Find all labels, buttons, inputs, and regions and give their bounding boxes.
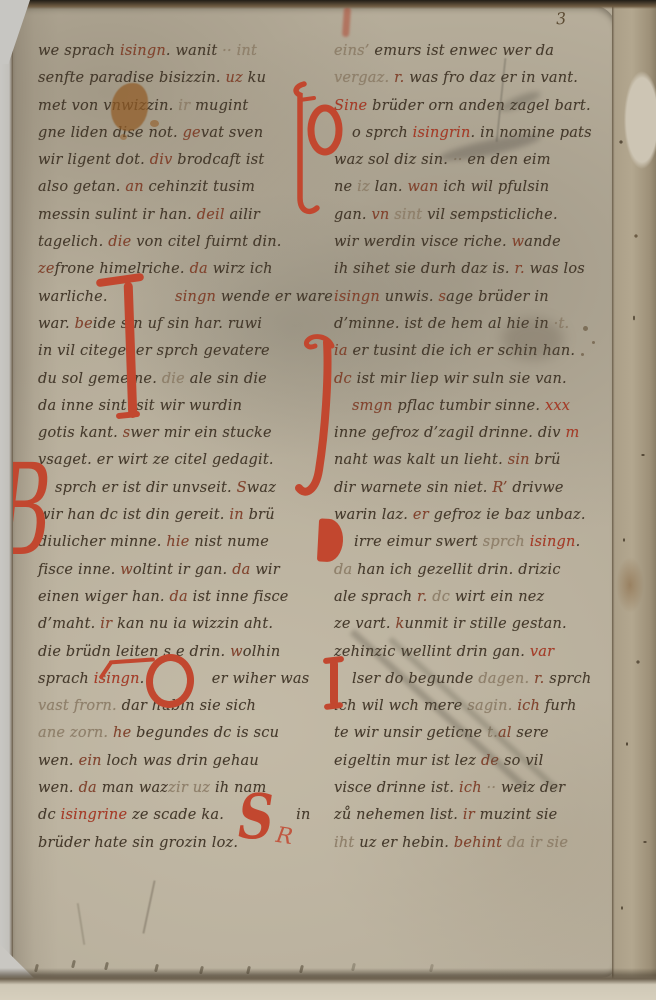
text-segment: r. [417, 589, 427, 605]
text-line: d’minne. ist de hem al hie in ·t. [334, 311, 614, 338]
text-segment: wan [407, 179, 438, 195]
text-line: inne gefroz d’zagil drinne. div m [334, 420, 614, 447]
text-segment: ist mir liep wir suln sie van. [352, 371, 567, 387]
text-segment: ir [100, 616, 112, 632]
text-segment: w [230, 644, 243, 660]
text-line: d’maht. ir kan nu ia wizzin aht. [38, 611, 326, 638]
text-line: lser do begunde dagen. r. sprch [334, 666, 614, 693]
text-segment: oltint ir gan. [133, 562, 232, 578]
text-segment: naht was kalt un lieht. [334, 452, 508, 468]
text-segment: sprch [483, 534, 530, 550]
text-segment: vsaget. er wirt ze citel gedagit. [38, 452, 274, 468]
text-segment: we sprach [38, 43, 120, 59]
text-segment: var [530, 644, 554, 660]
text-segment: wir ligent dot. [38, 152, 150, 168]
text-segment: vergaz. [334, 70, 394, 86]
text-segment: vat sven [201, 125, 263, 141]
text-segment: ane zorn. [38, 725, 113, 741]
text-segment: sagin. [467, 698, 517, 714]
text-segment: ih sihet sie durh daz is. [334, 261, 514, 277]
text-segment: waz sol diz sin. [334, 152, 453, 168]
text-segment: eins’ [334, 43, 374, 59]
text-segment: wirz ich [208, 261, 273, 277]
text-segment: da [169, 589, 187, 605]
text-segment: vil sempsticliche. [422, 207, 558, 223]
text-segment: ich wil wch mere [334, 698, 467, 714]
text-line: Sine brüder orn anden zagel bart. [334, 93, 614, 120]
text-segment: behint [454, 835, 502, 851]
text-segment: was fro daz er in vant. [404, 70, 578, 86]
text-segment: irre eimur swert [354, 534, 483, 550]
text-segment: . in nomine pats [471, 125, 592, 141]
text-segment: da [232, 562, 250, 578]
text-segment: du sol gemeine. [38, 371, 162, 387]
text-segment: muzint sie [475, 807, 558, 823]
text-line: wen. da man wazzir uz ih nam [38, 775, 326, 802]
fore-edge-pages [612, 0, 656, 1000]
text-segment: isingn [530, 534, 576, 550]
text-line: ze vart. kunmit ir stille gestan. [334, 611, 614, 638]
text-line: brüder hate sin grozin loz. [38, 830, 326, 857]
text-segment: frone himelriche. [55, 261, 190, 277]
text-segment: wir werdin visce riche. [334, 234, 512, 250]
text-segment: ·· int [222, 43, 257, 59]
text-segment: wirt ein nez [450, 589, 544, 605]
text-segment: gefroz ie baz unbaz. [429, 507, 586, 523]
text-line: iht uz er hebin. behint da ir sie [334, 830, 614, 857]
text-segment: er tusint die ich er schin han. [348, 343, 576, 359]
text-segment: vn [371, 207, 389, 223]
text-line: o sprch isingrin. in nomine pats [334, 120, 614, 147]
text-line: die brüdn leiten s e drin. wolhin [38, 639, 326, 666]
text-segment: de [481, 753, 499, 769]
text-segment: wende er ware [216, 289, 333, 305]
text-segment: gotis kant. [38, 425, 123, 441]
text-line: gotis kant. swer mir ein stucke [38, 420, 326, 447]
text-line: da han ich gezellit drin. drizic [334, 557, 614, 584]
text-segment: s [439, 289, 447, 305]
text-segment: tagelich. [38, 234, 108, 250]
text-segment: be [75, 316, 93, 332]
text-segment: d’maht. [38, 616, 100, 632]
text-segment: gan. [334, 207, 371, 223]
text-segment: deil [197, 207, 225, 223]
text-segment: die [162, 371, 185, 387]
text-segment: dar hubin sie sich [117, 698, 256, 714]
text-line: eins’ emurs ist enwec wer da [334, 38, 614, 65]
text-line: isingn unwis. sage brüder in [334, 284, 614, 311]
text-line: tagelich. die von citel fuirnt din. [38, 229, 326, 256]
text-segment: diulicher minne. [38, 534, 166, 550]
text-segment: isingrin [413, 125, 471, 141]
text-segment: div [150, 152, 173, 168]
text-segment: war. [38, 316, 75, 332]
text-segment: unmit ir stille gestan. [404, 616, 566, 632]
text-segment: . [576, 534, 581, 550]
text-segment: olhin [243, 644, 281, 660]
text-segment: r. [514, 261, 524, 277]
text-segment: da ir sie [507, 835, 568, 851]
text-segment: die brüdn leiten s e drin. [38, 644, 230, 660]
text-segment: wen. [38, 780, 79, 796]
text-segment: ·· [487, 780, 501, 796]
text-line: in vil citege. er sprch gevatere [38, 338, 326, 365]
text-line: du sol gemeine. die ale sin die [38, 366, 326, 393]
text-line: dir warnete sin niet. R’ drivwe [334, 475, 614, 502]
text-segment: ku [243, 70, 266, 86]
text-segment: senfte paradise bisizzin. [38, 70, 225, 86]
gutter-backing [0, 0, 13, 1000]
text-line: wir ligent dot. div brodcaft ist [38, 147, 326, 174]
text-line: diulicher minne. hie nist nume [38, 529, 326, 556]
text-segment: r. [394, 70, 404, 86]
text-line: naht was kalt un lieht. sin brü [334, 447, 614, 474]
text-segment: unwis. [380, 289, 439, 305]
manuscript-photo: 3 we sprach isingn. wanit ·· intsenfte p… [0, 0, 656, 1000]
text-segment: age brüder in [446, 289, 549, 305]
page-top-edge [0, 0, 656, 9]
text-line: met von vnwizzin. ir mugint [38, 93, 326, 120]
text-segment: ge [183, 125, 201, 141]
text-line: we sprach isingn. wanit ·· int [38, 38, 326, 65]
text-segment: ·· [453, 152, 467, 168]
text-segment: pflac tumbir sinne. [393, 398, 545, 414]
text-segment: dagen. [478, 671, 534, 687]
text-segment: messin sulint ir han. [38, 207, 197, 223]
text-segment: gne liden dise not. [38, 125, 183, 141]
text-line: ih sihet sie durh daz is. r. was los [334, 256, 614, 283]
text-segment: eigeltin mur ist lez [334, 753, 481, 769]
text-segment: fisce inne. [38, 562, 120, 578]
text-line: te wir unsir geticne t.al sere [334, 720, 614, 747]
text-segment: ailir [225, 207, 260, 223]
text-segment: emurs ist enwec wer da [374, 43, 554, 59]
text-line: sprach isingn. er wiher was [38, 666, 326, 693]
text-segment: isingn [334, 289, 380, 305]
text-line: vast frorn. dar hubin sie sich [38, 693, 326, 720]
text-segment: man waz [97, 780, 168, 796]
text-line: fisce inne. woltint ir gan. da wir [38, 557, 326, 584]
text-segment: w [512, 234, 525, 250]
text-segment: brü [244, 507, 275, 523]
text-line: ne iz lan. wan ich wil pfulsin [334, 174, 614, 201]
text-segment: ich [459, 780, 482, 796]
text-segment: ide sin uf sin har. ruwi [93, 316, 262, 332]
text-line: war. beide sin uf sin har. ruwi [38, 311, 326, 338]
text-segment: ze scade ka. in [127, 807, 310, 823]
text-segment: ich [517, 698, 540, 714]
text-segment: dc [334, 371, 352, 387]
text-segment: t. [487, 725, 498, 741]
text-line: wir werdin visce riche. wande [334, 229, 614, 256]
text-segment: sprch er ist dir unvseit. [55, 480, 237, 496]
text-segment: zehinzic wellint drin gan. [334, 644, 530, 660]
text-segment: sprch [544, 671, 591, 687]
text-segment: en den eim [467, 152, 550, 168]
text-segment: brü [530, 452, 561, 468]
text-segment: han ich gezellit drin. drizic [352, 562, 560, 578]
text-line: wir han dc ist din gereit. in brü [38, 502, 326, 529]
text-segment: da inne sint. sit wir wurdin [38, 398, 242, 414]
text-segment: R’ [492, 480, 507, 496]
text-line: irre eimur swert sprch isingn. [334, 529, 614, 556]
text-line: gan. vn sint vil sempsticliche. [334, 202, 614, 229]
text-segment: brüder orn anden zagel bart. [367, 98, 590, 114]
text-segment: Sine [334, 98, 367, 114]
text-segment: wir [251, 562, 280, 578]
text-segment: inne gefroz d’zagil drinne. div [334, 425, 565, 441]
text-segment: wer mir ein stucke [130, 425, 271, 441]
folio-number: 3 [555, 9, 566, 29]
text-line: also getan. an cehinzit tusim [38, 174, 326, 201]
text-segment: zů nehemen list. [334, 807, 463, 823]
text-segment: te wir unsir geticne [334, 725, 487, 741]
text-segment: sin [508, 452, 530, 468]
text-line: visce drinne ist. ich ·· weiz der [334, 775, 614, 802]
text-segment: ir [178, 98, 190, 114]
text-segment: einen wiger han. [38, 589, 169, 605]
text-segment: isingn [94, 671, 140, 687]
text-segment: ande [524, 234, 561, 250]
text-segment: visce drinne ist. [334, 780, 459, 796]
text-segment: S [237, 480, 247, 496]
text-segment: an [125, 179, 143, 195]
text-segment: cehinzit tusim [144, 179, 255, 195]
text-segment: lan. [370, 179, 408, 195]
text-segment: ir [463, 807, 475, 823]
text-segment: also getan. [38, 179, 125, 195]
text-line: dc ist mir liep wir suln sie van. [334, 366, 614, 393]
text-segment: w [120, 562, 133, 578]
text-segment: warin laz. [334, 507, 413, 523]
text-line: eigeltin mur ist lez de so vil [334, 748, 614, 775]
text-segment: furh [540, 698, 577, 714]
text-segment: sere [512, 725, 549, 741]
text-line: einen wiger han. da ist inne fisce [38, 584, 326, 611]
text-segment: iz [357, 179, 370, 195]
text-segment: met von vnwizzin. [38, 98, 178, 114]
text-segment: . wanit [166, 43, 222, 59]
text-segment: lser do begunde [352, 671, 478, 687]
text-line: ia er tusint die ich er schin han. [334, 338, 614, 365]
text-line: zů nehemen list. ir muzint sie [334, 802, 614, 829]
text-line: ale sprach r. dc wirt ein nez [334, 584, 614, 611]
text-line: zefrone himelriche. da wirz ich [38, 256, 326, 283]
text-segment: er [413, 507, 429, 523]
text-segment: in vil citege. er sprch gevatere [38, 343, 270, 359]
text-segment: was los [525, 261, 585, 277]
text-segment: d’minne. ist de hem al hie in [334, 316, 554, 332]
text-segment: weiz der [501, 780, 565, 796]
text-segment: smgn [352, 398, 393, 414]
text-segment: nist nume [190, 534, 269, 550]
text-segment: ne [334, 179, 357, 195]
text-column-right: eins’ emurs ist enwec wer davergaz. r. w… [334, 38, 614, 857]
text-segment: ·t. [554, 316, 570, 332]
text-segment: so vil [499, 753, 543, 769]
text-line: smgn pflac tumbir sinne. xxx [334, 393, 614, 420]
text-line: ane zorn. he begundes dc is scu [38, 720, 326, 747]
text-segment: m [565, 425, 579, 441]
text-segment: uz er hebin. [354, 835, 454, 851]
text-line: warliche. singn wende er ware [38, 284, 326, 311]
text-segment: xxx [545, 398, 570, 414]
text-line: ich wil wch mere sagin. ich furh [334, 693, 614, 720]
text-line: waz sol diz sin. ·· en den eim [334, 147, 614, 174]
text-segment: hie [166, 534, 189, 550]
text-segment: von citel fuirnt din. [131, 234, 281, 250]
text-segment: uz [225, 70, 242, 86]
text-segment: ih nam [210, 780, 266, 796]
text-segment: da [334, 562, 352, 578]
text-segment: ich wil pfulsin [438, 179, 549, 195]
text-segment: waz [247, 480, 276, 496]
text-segment: isingn [120, 43, 166, 59]
text-segment: singn [175, 289, 216, 305]
text-segment: . er wiher was [140, 671, 310, 687]
text-segment: ze vart. [334, 616, 395, 632]
text-segment: vast frorn. [38, 698, 117, 714]
text-line: da inne sint. sit wir wurdin [38, 393, 326, 420]
text-segment: ze [38, 261, 55, 277]
text-segment: al [498, 725, 512, 741]
text-segment: mugint [190, 98, 248, 114]
text-line: dc isingrine ze scade ka. in [38, 802, 326, 829]
text-segment: dc [432, 589, 450, 605]
text-segment: warliche. [38, 289, 175, 305]
text-segment: in [229, 507, 243, 523]
text-segment: drivwe [508, 480, 564, 496]
text-segment: isingrine [61, 807, 128, 823]
text-segment: brüder hate sin grozin loz. [38, 835, 238, 851]
text-column-left: we sprach isingn. wanit ·· intsenfte par… [38, 38, 326, 857]
text-segment: wir han dc ist din gereit. [38, 507, 229, 523]
text-segment: ale sin die [185, 371, 267, 387]
text-segment: begundes dc is scu [131, 725, 279, 741]
page-bottom-edge [0, 968, 656, 1000]
text-segment: loch was drin gehau [102, 753, 259, 769]
text-line: vsaget. er wirt ze citel gedagit. [38, 447, 326, 474]
text-segment: wen. [38, 753, 79, 769]
text-segment: ale sprach [334, 589, 417, 605]
text-segment: he [113, 725, 131, 741]
text-line: vergaz. r. was fro daz er in vant. [334, 65, 614, 92]
text-line: zehinzic wellint drin gan. var [334, 639, 614, 666]
text-segment: da [190, 261, 208, 277]
text-segment: sint [394, 207, 422, 223]
text-segment: dir warnete sin niet. [334, 480, 492, 496]
text-line: senfte paradise bisizzin. uz ku [38, 65, 326, 92]
text-segment: zir uz [168, 780, 210, 796]
text-line: sprch er ist dir unvseit. Swaz [38, 475, 326, 502]
text-segment: brodcaft ist [172, 152, 264, 168]
text-line: warin laz. er gefroz ie baz unbaz. [334, 502, 614, 529]
text-segment: r. [534, 671, 544, 687]
text-segment: dc [38, 807, 61, 823]
text-segment: ia [334, 343, 348, 359]
text-segment: iht [334, 835, 354, 851]
text-segment: sprach [38, 671, 94, 687]
text-line: messin sulint ir han. deil ailir [38, 202, 326, 229]
text-segment: o sprch [352, 125, 413, 141]
text-segment: ist inne fisce [188, 589, 289, 605]
text-segment: die [108, 234, 131, 250]
text-line: wen. ein loch was drin gehau [38, 748, 326, 775]
text-segment: kan nu ia wizzin aht. [112, 616, 273, 632]
text-line: gne liden dise not. gevat sven [38, 120, 326, 147]
text-segment: ein [79, 753, 102, 769]
text-segment: da [79, 780, 97, 796]
